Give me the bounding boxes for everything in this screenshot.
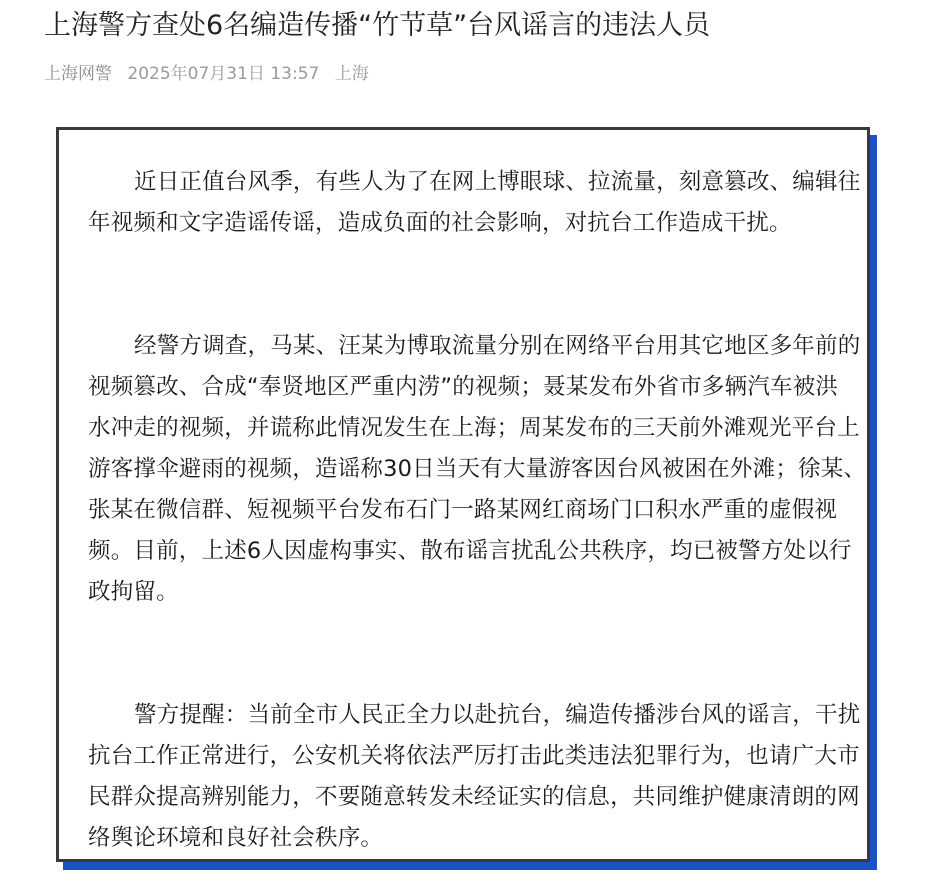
article-source[interactable]: 上海网警 xyxy=(44,64,112,84)
paragraph-2: 经警方调查，马某、汪某为博取流量分别在网络平台用其它地区多年前的 视频篡改、合成… xyxy=(88,326,850,613)
article-title: 上海警方查处6名编造传播“竹节草”台风谣言的违法人员 xyxy=(44,8,710,44)
paragraph-gap xyxy=(88,285,850,326)
paragraph-gap xyxy=(88,244,850,285)
paragraph-line: 年视频和文字造谣传谣，造成负面的社会影响，对抗台工作造成干扰。 xyxy=(88,203,850,244)
paragraph-line: 抗台工作正常进行，公安机关将依法严厉打击此类违法犯罪行为，也请广大市 xyxy=(88,736,850,777)
paragraph-line: 民群众提高辨别能力，不要随意转发未经证实的信息，共同维护健康清朗的网 xyxy=(88,777,850,818)
paragraph-line: 络舆论环境和良好社会秩序。 xyxy=(88,818,850,859)
paragraph-line: 近日正值台风季，有些人为了在网上博眼球、拉流量，刻意篡改、编辑往 xyxy=(88,162,850,203)
paragraph-gap xyxy=(88,654,850,695)
article-body: 近日正值台风季，有些人为了在网上博眼球、拉流量，刻意篡改、编辑往 年视频和文字造… xyxy=(88,162,850,859)
paragraph-line: 游客撑伞避雨的视频，造谣称30日当天有大量游客因台风被困在外滩；徐某、 xyxy=(88,449,850,490)
paragraph-line: 视频篡改、合成“奉贤地区严重内涝”的视频；聂某发布外省市多辆汽车被洪 xyxy=(88,367,850,408)
article-body-frame: 近日正值台风季，有些人为了在网上博眼球、拉流量，刻意篡改、编辑往 年视频和文字造… xyxy=(56,127,870,862)
article-datetime: 2025年07月31日 13:57 xyxy=(127,64,319,84)
paragraph-line: 政拘留。 xyxy=(88,572,850,613)
paragraph-3: 警方提醒：当前全市人民正全力以赴抗台，编造传播涉台风的谣言，干扰 抗台工作正常进… xyxy=(88,695,850,859)
paragraph-line: 水冲走的视频，并谎称此情况发生在上海；周某发布的三天前外滩观光平台上 xyxy=(88,408,850,449)
paragraph-line: 警方提醒：当前全市人民正全力以赴抗台，编造传播涉台风的谣言，干扰 xyxy=(88,695,850,736)
paragraph-1: 近日正值台风季，有些人为了在网上博眼球、拉流量，刻意篡改、编辑往 年视频和文字造… xyxy=(88,162,850,244)
article-location: 上海 xyxy=(335,64,369,84)
paragraph-line: 张某在微信群、短视频平台发布石门一路某网红商场门口积水严重的虚假视 xyxy=(88,490,850,531)
article-meta: 上海网警 2025年07月31日 13:57 上海 xyxy=(44,62,379,86)
paragraph-gap xyxy=(88,613,850,654)
paragraph-line: 频。目前，上述6人因虚构事实、散布谣言扰乱公共秩序，均已被警方处以行 xyxy=(88,531,850,572)
paragraph-line: 经警方调查，马某、汪某为博取流量分别在网络平台用其它地区多年前的 xyxy=(88,326,850,367)
